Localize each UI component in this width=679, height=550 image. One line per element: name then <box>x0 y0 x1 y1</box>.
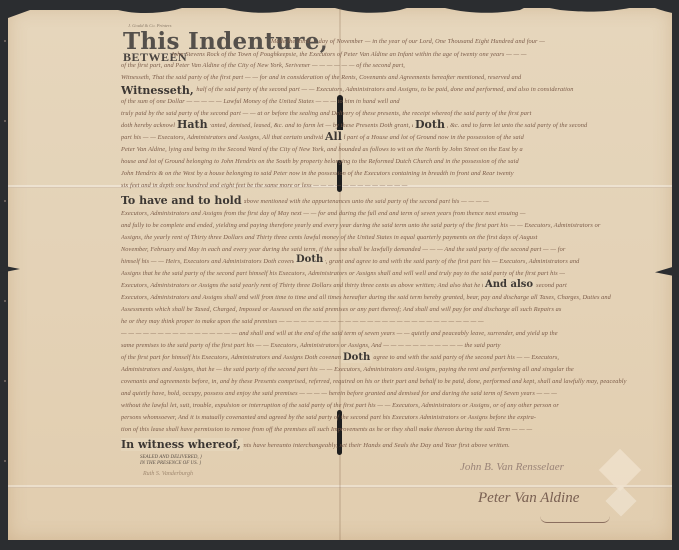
gothic-hath: Hath <box>175 118 210 131</box>
body-line: Assessments which shall be Taxed, Charge… <box>121 305 651 315</box>
body-line: John Stevens Rock of the Town of Poughke… <box>171 50 651 60</box>
gothic-all: All <box>323 130 344 143</box>
body-line: himself his — — Heirs, Executors and Adm… <box>121 257 651 267</box>
sealed-line: IN THE PRESENCE OF US. } <box>140 461 202 467</box>
scan-border-dot <box>4 40 6 42</box>
body-line: John Hendrix & on the West by a house be… <box>121 169 651 179</box>
scan-border-dot <box>4 120 6 122</box>
body-line: Peter Van Aldine, lying and being in the… <box>121 145 651 155</box>
body-line: and quietly have, hold, occupy, possess … <box>121 389 651 399</box>
gothic-doth: Doth <box>341 352 372 363</box>
witness-signature: Ruth S. Vanderburgh <box>143 471 193 477</box>
body-line: contained on the part and behalf of the … <box>121 85 651 95</box>
body-line: of the first part, and Peter Van Aldine … <box>121 61 651 71</box>
signature-second-party: Peter Van Aldine <box>478 490 579 507</box>
body-line: without the lawful let, suit, trouble, e… <box>121 401 651 411</box>
body-line: Administrators and Assigns, that he — th… <box>121 365 651 375</box>
gothic-to-have: To have and to hold <box>121 194 244 207</box>
body-line: tion of this lease shall have permission… <box>121 425 651 435</box>
body-line: part his — — Executors, Administrators a… <box>121 133 651 143</box>
signature-flourish <box>540 516 610 523</box>
body-line: of the first part for himself his Execut… <box>121 353 651 363</box>
body-line: house and lot of Ground belonging to Joh… <box>121 157 651 167</box>
gothic-and-also: And also <box>483 279 535 290</box>
body-line: covenants and agreements before, in, and… <box>121 377 651 387</box>
body-line: November, February and May in each and e… <box>121 245 651 255</box>
body-line: Executors, Administrators and Assigns fr… <box>121 209 651 219</box>
body-line: and fully to be complete and ended, yiel… <box>121 221 651 231</box>
signature-first-party: John B. Van Rensselaer <box>460 461 564 473</box>
body-line: Assigns, the yearly rent of Thirty three… <box>121 233 651 243</box>
body-line: of the sum of one Dollar — — — — — Lawfu… <box>121 97 651 107</box>
scan-border-dot <box>4 200 6 202</box>
body-line: he or they may think proper to make upon… <box>121 317 651 327</box>
scan-border-dot <box>4 460 6 462</box>
gothic-witnesseth: Witnesseth, <box>121 84 196 97</box>
scan-border-dot <box>4 380 6 382</box>
body-line: Made the third — day of November — in th… <box>271 37 651 47</box>
body-line: same premises to the said party of the f… <box>121 341 651 351</box>
gothic-doth: Doth <box>294 254 325 265</box>
gothic-in-witness: In witness whereof, <box>121 438 243 451</box>
body-line: Executors, Administrators or Assigns the… <box>121 281 651 291</box>
scan-border-dot <box>4 300 6 302</box>
gothic-doth: Doth <box>413 118 447 131</box>
body-line: persons whomsoever, And it is mutually c… <box>121 413 651 423</box>
body-line: Witnesseth, That the said party of the f… <box>121 73 651 83</box>
body-line: Executors, Administrators and Assigns sh… <box>121 293 651 303</box>
sealed-delivered-caption: SEALED AND DELIVERED, } IN THE PRESENCE … <box>140 455 202 467</box>
body-line: — — — — — — — — — — — — — — — — and shal… <box>121 329 651 339</box>
body-line: Assigns that he the said party of the se… <box>121 269 651 279</box>
body-line: six feet and in depth one hundred and ei… <box>121 181 651 191</box>
